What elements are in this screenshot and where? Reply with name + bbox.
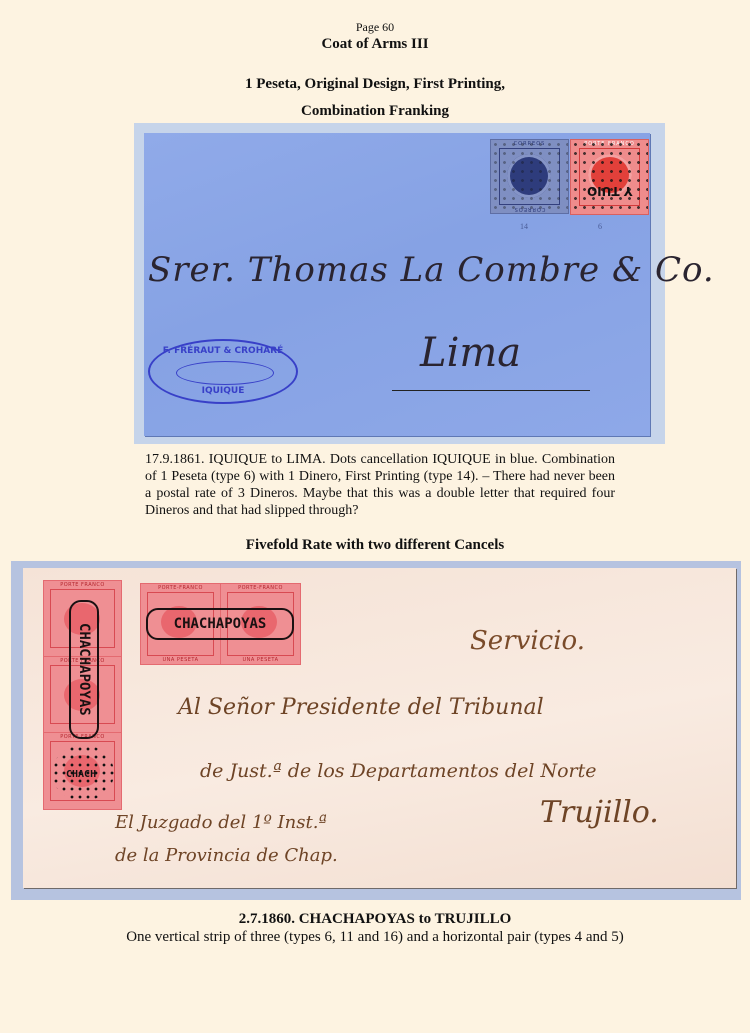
cover2-address-line1: Al Señor Presidente del Tribunal xyxy=(178,695,544,720)
cover1-address-line1: Srer. Thomas La Combre & Co. xyxy=(148,250,715,290)
stamp-one-dinero: CORREOS CORREOS xyxy=(490,139,569,214)
cover2-envelope xyxy=(23,568,736,888)
cover2-sender-line1: El Juzgado del 1º Inst.ª xyxy=(115,812,327,833)
servicio-note: Servicio. xyxy=(470,626,585,656)
stamp-one-peseta: PORTE FRANCO Y TUIO xyxy=(570,139,649,215)
page-subtitle: 1 Peseta, Original Design, First Printin… xyxy=(0,76,750,93)
cover2-sender-line2: de la Provincia de Chap. xyxy=(115,845,338,866)
section-heading-fivefold: Fivefold Rate with two different Cancels xyxy=(0,537,750,554)
vertical-strip-of-three: PORTE FRANCO PORTE FRANCO PORTE FRANCO C… xyxy=(43,580,122,810)
type-note-6: 6 xyxy=(598,222,602,231)
cover1-address-line2: Lima xyxy=(420,330,521,376)
stamp-label-bottom: UNA PESETA xyxy=(221,657,300,663)
cancel-text: CHACHAPOYAS xyxy=(174,616,267,632)
cover1-caption: 17.9.1861. IQUIQUE to LIMA. Dots cancell… xyxy=(145,451,615,519)
stamp-label-top: PORTE-FRANCO xyxy=(221,585,300,591)
chachapoyas-cancel-horizontal: CHACHAPOYAS xyxy=(146,608,294,640)
page-number: Page 60 xyxy=(0,20,750,35)
cancel-text: CHACHAPOYAS xyxy=(76,623,92,716)
cover2-destination: Trujillo. xyxy=(540,795,659,830)
horizontal-pair: PORTE-FRANCO UNA PESETA PORTE-FRANCO UNA… xyxy=(140,583,301,665)
cover2-caption: One vertical strip of three (types 6, 11… xyxy=(0,929,750,946)
stamp-label-top: PORTE-FRANCO xyxy=(141,585,220,591)
dot-cancel-text: CHACH xyxy=(66,769,96,780)
handstamp-firm-name: F. FRÉRAUT & CROHARÉ xyxy=(150,346,296,356)
stamp-label-bottom: UNA PESETA xyxy=(141,657,220,663)
stamp-label-top: PORTE FRANCO xyxy=(44,582,121,588)
type-note-14: 14 xyxy=(520,222,528,231)
cover2-caption-heading: 2.7.1860. CHACHAPOYAS to TRUJILLO xyxy=(0,911,750,928)
section-heading-combination: Combination Franking xyxy=(0,103,750,120)
strip-stamp-3: PORTE FRANCO CHACH xyxy=(43,732,122,810)
handstamp-town: IQUIQUE xyxy=(150,386,296,396)
firm-handstamp: F. FRÉRAUT & CROHARÉ IQUIQUE xyxy=(148,339,298,404)
page-title: Coat of Arms III xyxy=(0,36,750,53)
chachapoyas-cancel-vertical: CHACHAPOYAS xyxy=(69,600,99,739)
stamp-overprint: Y TUIO xyxy=(587,184,632,198)
address-underline xyxy=(392,390,590,391)
cover2-address-line2: de Just.ª de los Departamentos del Norte xyxy=(200,760,596,782)
